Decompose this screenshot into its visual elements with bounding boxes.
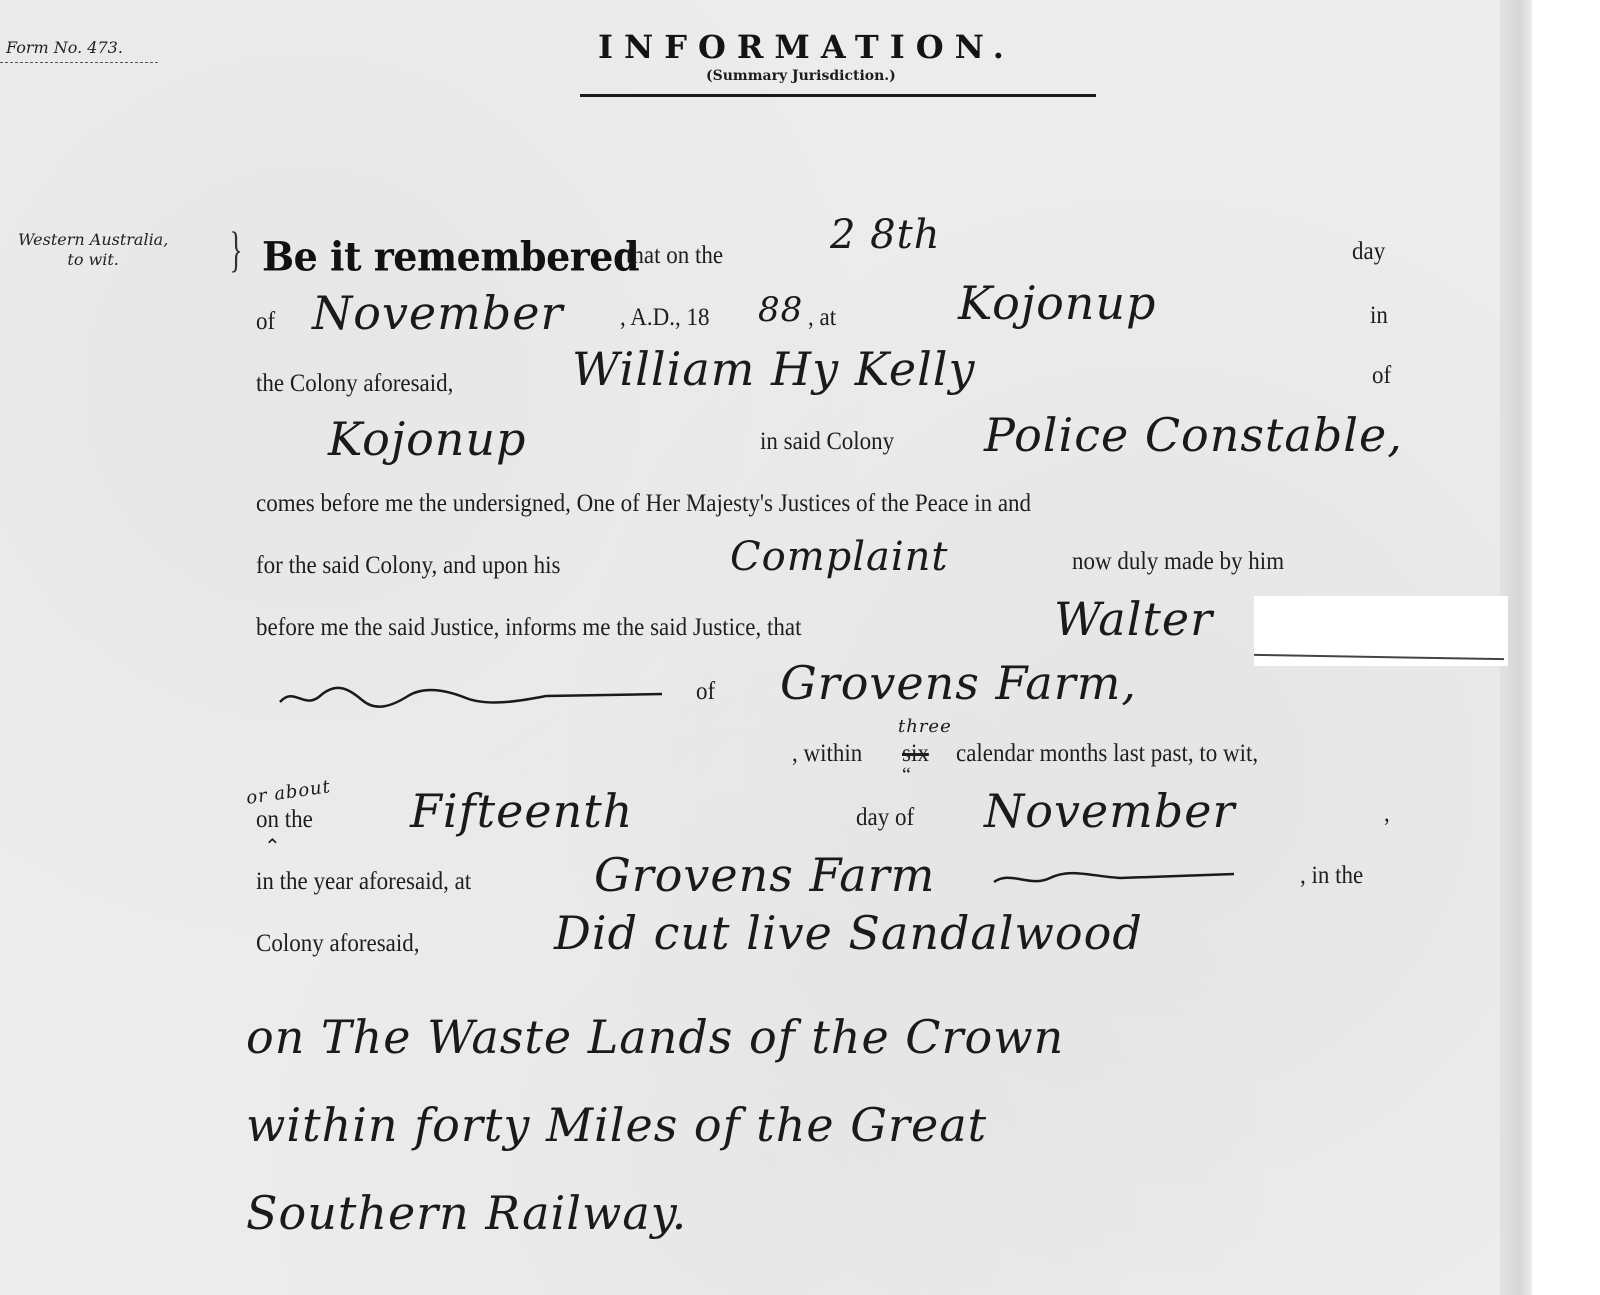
handwritten-offence-line-2: on The Waste Lands of the Crown [246, 1010, 1064, 1064]
handwritten-complaint: Complaint [730, 534, 949, 580]
handwritten-offence-line-3: within forty Miles of the Great [246, 1098, 987, 1152]
handwritten-months-correction: three [898, 716, 952, 737]
handwritten-offence-line-1: Did cut live Sandalwood [554, 906, 1143, 960]
insertion-caret-icon: “ [902, 764, 911, 787]
title-rule [580, 94, 1096, 97]
handwritten-defendant-first-name: Walter [1054, 592, 1213, 646]
handwritten-defendant-residence: Grovens Farm, [780, 656, 1137, 710]
printed-now-duly-made: now duly made by him [1072, 548, 1284, 576]
jurisdiction-line-1: Western Australia, [18, 230, 168, 250]
printed-within: , within [792, 740, 862, 768]
printed-comes-before: comes before me the undersigned, One of … [256, 490, 1031, 518]
printed-colony-aforesaid: Colony aforesaid, [256, 930, 420, 958]
printed-in: in [1370, 302, 1388, 330]
printed-that-on-the: that on the [626, 242, 723, 270]
form-number: Form No. 473. [6, 38, 123, 57]
printed-on-the: on the [256, 806, 313, 834]
printed-of-3: of [696, 678, 715, 706]
printed-at: , at [808, 304, 836, 332]
handwritten-informant-residence: Kojonup [328, 412, 526, 466]
handwritten-place: Kojonup [958, 276, 1156, 330]
handwritten-offence-month: November [984, 784, 1235, 838]
handwritten-day-number: 2 8th [830, 212, 940, 258]
printed-in-the-year: in the year aforesaid, at [256, 868, 471, 896]
printed-in-said-colony: in said Colony [760, 428, 894, 456]
printed-of: of [256, 308, 275, 336]
handwritten-month: November [312, 286, 563, 340]
brace-icon: } [229, 224, 242, 274]
jurisdiction-line-2: to wit. [18, 250, 168, 270]
squiggle-fill-line-icon-2 [990, 862, 1240, 892]
printed-day-of: day of [856, 804, 914, 832]
printed-in-the: , in the [1300, 862, 1363, 890]
printed-the-colony-aforesaid: the Colony aforesaid, [256, 370, 453, 398]
insertion-caret-icon-2: ⌃ [264, 834, 281, 859]
printed-ad-year: , A.D., 18 [620, 304, 709, 332]
opening-phrase: Be it remembered [262, 233, 639, 280]
page-subtitle: (Summary Jurisdiction.) [706, 68, 896, 84]
handwritten-informant-occupation: Police Constable, [984, 408, 1403, 462]
printed-of-2: of [1372, 362, 1391, 390]
handwritten-informant-name: William Hy Kelly [572, 342, 975, 396]
squiggle-fill-line-icon [276, 676, 666, 716]
handwritten-offence-place: Grovens Farm [594, 848, 935, 902]
jurisdiction-note: Western Australia, to wit. [18, 230, 168, 270]
printed-day: day [1352, 238, 1385, 266]
page-title: INFORMATION. [598, 28, 1015, 66]
handwritten-or-about: or about [245, 776, 332, 809]
form-number-underline [0, 62, 158, 63]
handwritten-offence-day: Fifteenth [410, 784, 633, 838]
printed-before-me: before me the said Justice, informs me t… [256, 614, 801, 642]
handwritten-year-suffix: 88 [758, 290, 803, 330]
document-page: Form No. 473. INFORMATION. (Summary Juri… [0, 0, 1532, 1295]
printed-calendar-months: calendar months last past, to wit, [956, 740, 1258, 768]
printed-comma: , [1384, 800, 1390, 828]
handwritten-offence-line-4: Southern Railway. [246, 1186, 687, 1240]
printed-for-the-said-colony: for the said Colony, and upon his [256, 552, 561, 580]
